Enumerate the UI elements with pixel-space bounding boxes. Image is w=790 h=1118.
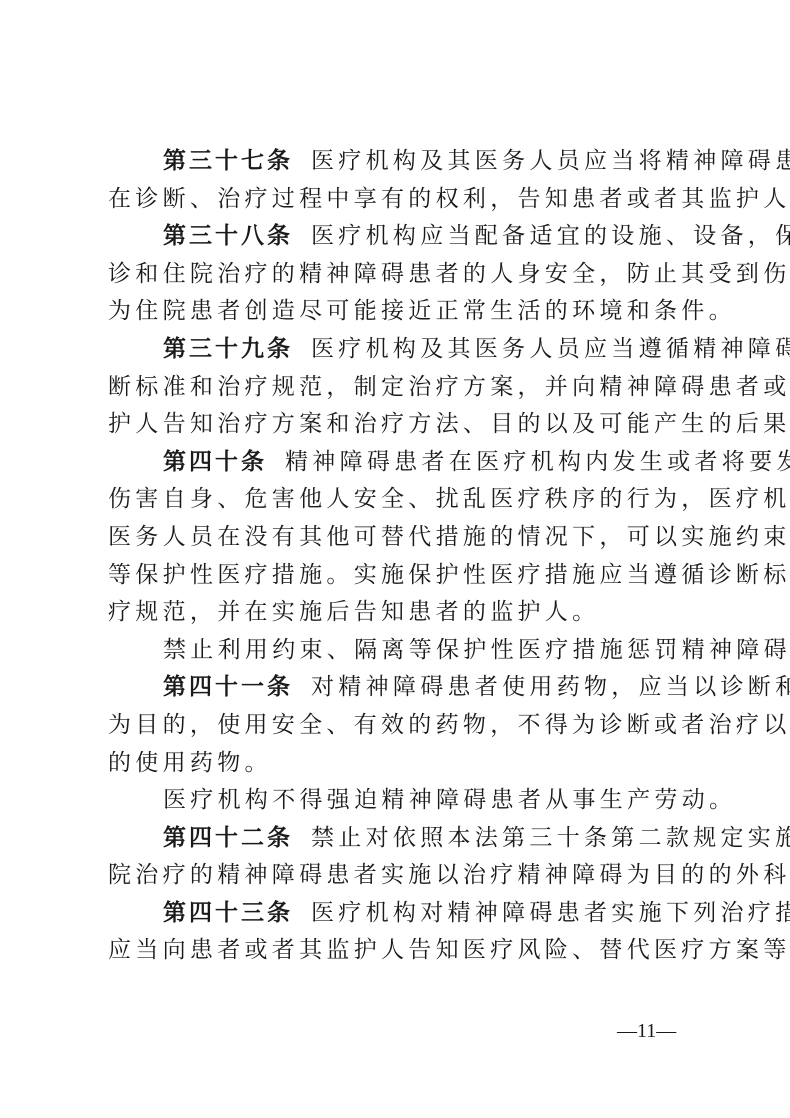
line-text: 医疗机构不得强迫精神障碍患者从事生产劳动。: [163, 787, 736, 813]
line-text: 等保护性医疗措施。实施保护性医疗措施应当遵循诊断标准和治: [108, 562, 790, 588]
text-line: 第三十九条医疗机构及其医务人员应当遵循精神障碍诊: [108, 331, 694, 369]
text-line: 在诊断、治疗过程中享有的权利，告知患者或者其监护人。: [108, 181, 694, 219]
text-line: 第四十三条医疗机构对精神障碍患者实施下列治疗措施，: [108, 895, 694, 933]
line-text: 为住院患者创造尽可能接近正常生活的环境和条件。: [108, 298, 736, 324]
text-line: 伤害自身、危害他人安全、扰乱医疗秩序的行为，医疗机构及其: [108, 481, 694, 519]
text-line: 断标准和治疗规范，制定治疗方案，并向精神障碍患者或者其监: [108, 369, 694, 407]
text-line: 的使用药物。: [108, 745, 694, 783]
page-number: —11—: [617, 1020, 676, 1043]
article-number: 第四十一条: [163, 674, 293, 700]
text-line: 为目的，使用安全、有效的药物，不得为诊断或者治疗以外的目: [108, 707, 694, 745]
line-text: 医疗机构应当配备适宜的设施、设备，保护就: [311, 223, 790, 249]
line-text: 对精神障碍患者使用药物，应当以诊断和治疗: [311, 674, 790, 700]
text-line: 医务人员在没有其他可替代措施的情况下，可以实施约束、隔离: [108, 519, 694, 557]
text-line: 第四十二条禁止对依照本法第三十条第二款规定实施住: [108, 820, 694, 858]
line-text: 医疗机构及其医务人员应当将精神障碍患者: [311, 148, 790, 174]
article-number: 第四十条: [163, 449, 267, 475]
line-text: 在诊断、治疗过程中享有的权利，告知患者或者其监护人。: [108, 186, 790, 212]
line-text: 护人告知治疗方案和治疗方法、目的以及可能产生的后果。: [108, 411, 790, 437]
text-line: 为住院患者创造尽可能接近正常生活的环境和条件。: [108, 293, 694, 331]
text-line: 等保护性医疗措施。实施保护性医疗措施应当遵循诊断标准和治: [108, 557, 694, 595]
line-text: 的使用药物。: [108, 750, 272, 776]
text-line: 应当向患者或者其监护人告知医疗风险、替代医疗方案等情况，: [108, 932, 694, 970]
text-line: 医疗机构不得强迫精神障碍患者从事生产劳动。: [108, 782, 694, 820]
text-line: 禁止利用约束、隔离等保护性医疗措施惩罚精神障碍患者。: [108, 632, 694, 670]
text-line: 诊和住院治疗的精神障碍患者的人身安全，防止其受到伤害，并: [108, 256, 694, 294]
text-line: 第三十七条医疗机构及其医务人员应当将精神障碍患者: [108, 143, 694, 181]
line-text: 禁止对依照本法第三十条第二款规定实施住: [311, 825, 790, 851]
document-body: 第三十七条医疗机构及其医务人员应当将精神障碍患者 在诊断、治疗过程中享有的权利，…: [108, 143, 694, 970]
line-text: 断标准和治疗规范，制定治疗方案，并向精神障碍患者或者其监: [108, 374, 790, 400]
article-number: 第三十七条: [163, 148, 293, 174]
article-number: 第四十二条: [163, 825, 293, 851]
line-text: 诊和住院治疗的精神障碍患者的人身安全，防止其受到伤害，并: [108, 261, 790, 287]
line-text: 伤害自身、危害他人安全、扰乱医疗秩序的行为，医疗机构及其: [108, 486, 790, 512]
text-line: 第四十条精神障碍患者在医疗机构内发生或者将要发生: [108, 444, 694, 482]
line-text: 医务人员在没有其他可替代措施的情况下，可以实施约束、隔离: [108, 524, 790, 550]
line-text: 院治疗的精神障碍患者实施以治疗精神障碍为目的的外科手术。: [108, 862, 790, 888]
line-text: 应当向患者或者其监护人告知医疗风险、替代医疗方案等情况，: [108, 937, 790, 963]
article-number: 第四十三条: [163, 900, 293, 926]
text-line: 第四十一条对精神障碍患者使用药物，应当以诊断和治疗: [108, 669, 694, 707]
line-text: 为目的，使用安全、有效的药物，不得为诊断或者治疗以外的目: [108, 712, 790, 738]
line-text: 禁止利用约束、隔离等保护性医疗措施惩罚精神障碍患者。: [163, 637, 790, 663]
line-text: 医疗机构对精神障碍患者实施下列治疗措施，: [311, 900, 790, 926]
line-text: 疗规范，并在实施后告知患者的监护人。: [108, 599, 599, 625]
text-line: 护人告知治疗方案和治疗方法、目的以及可能产生的后果。: [108, 406, 694, 444]
text-line: 疗规范，并在实施后告知患者的监护人。: [108, 594, 694, 632]
article-number: 第三十八条: [163, 223, 293, 249]
text-line: 院治疗的精神障碍患者实施以治疗精神障碍为目的的外科手术。: [108, 857, 694, 895]
text-line: 第三十八条医疗机构应当配备适宜的设施、设备，保护就: [108, 218, 694, 256]
line-text: 精神障碍患者在医疗机构内发生或者将要发生: [285, 449, 790, 475]
line-text: 医疗机构及其医务人员应当遵循精神障碍诊: [311, 336, 790, 362]
article-number: 第三十九条: [163, 336, 293, 362]
